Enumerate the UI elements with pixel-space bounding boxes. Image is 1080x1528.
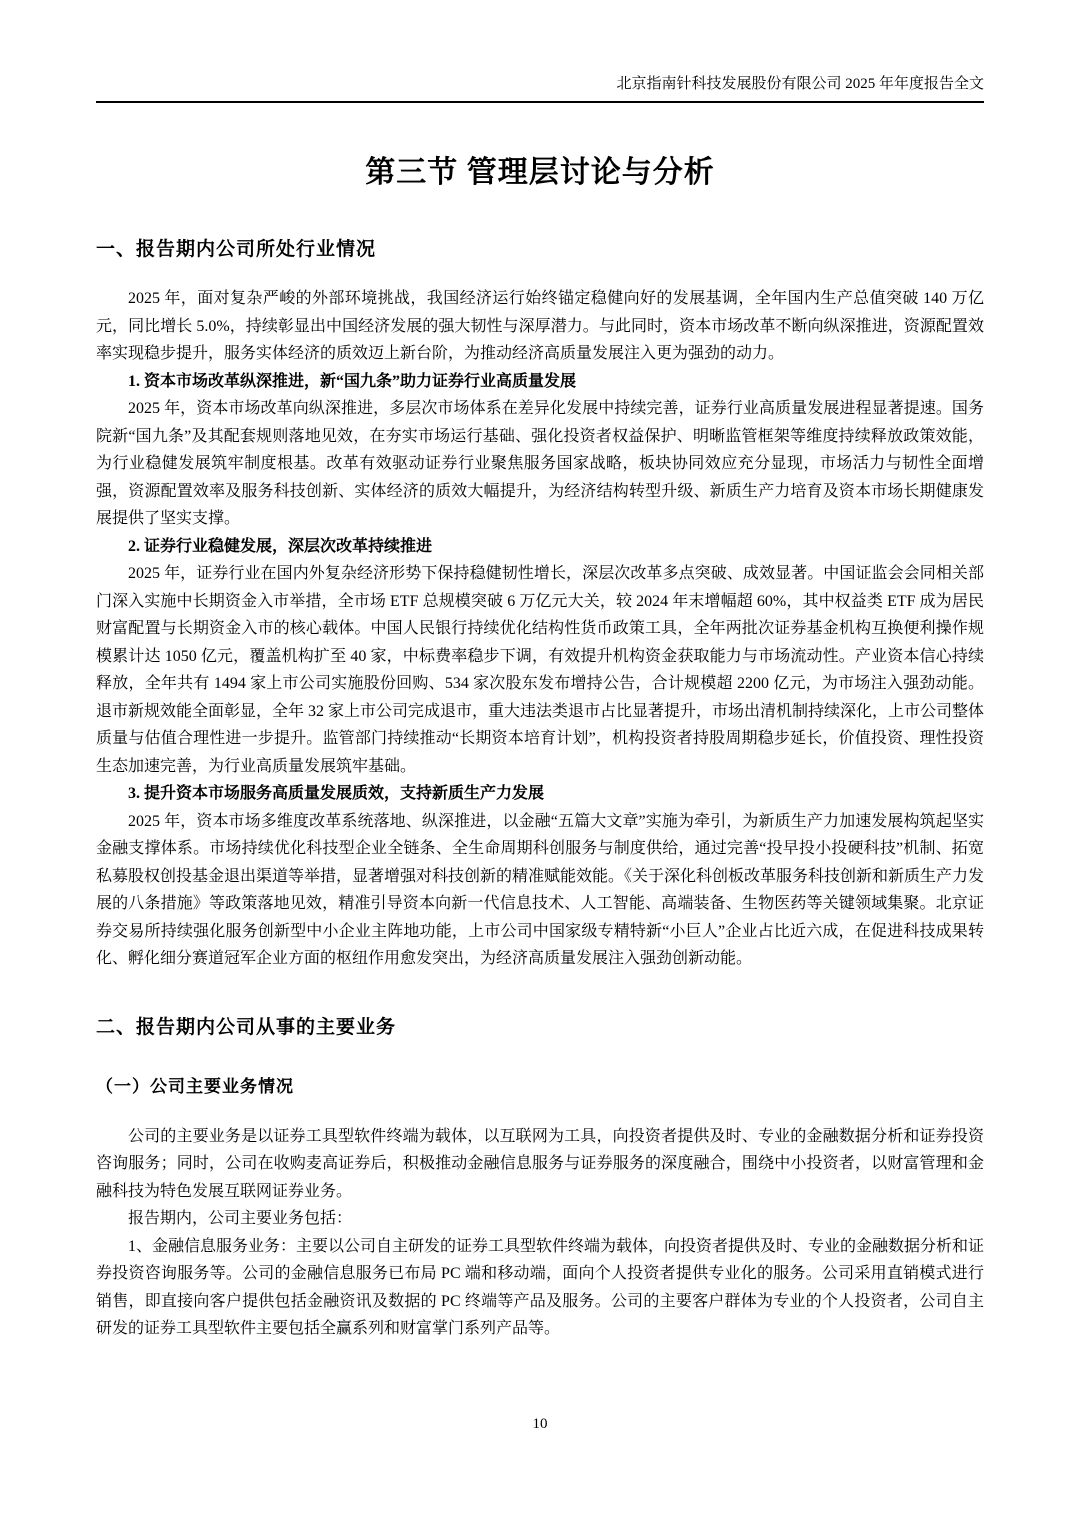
- header-title: 北京指南针科技发展股份有限公司 2025 年年度报告全文: [96, 0, 984, 94]
- section-1-heading: 一、报告期内公司所处行业情况: [96, 237, 984, 263]
- page-number: 10: [0, 1414, 1080, 1434]
- section-1-paragraph-1: 2025 年，面对复杂严峻的外部环境挑战，我国经济运行始终锚定稳健向好的发展基调…: [96, 285, 984, 368]
- section-2-subsection-heading: （一）公司主要业务情况: [96, 1075, 984, 1099]
- section-2-heading: 二、报告期内公司从事的主要业务: [96, 1015, 984, 1041]
- section-1-paragraph-3: 2025 年，证券行业在国内外复杂经济形势下保持稳健韧性增长，深层次改革多点突破…: [96, 560, 984, 780]
- page-header: 北京指南针科技发展股份有限公司 2025 年年度报告全文: [96, 0, 984, 103]
- section-1-paragraph-2: 2025 年，资本市场改革向纵深推进，多层次市场体系在差异化发展中持续完善，证券…: [96, 395, 984, 533]
- report-page: 北京指南针科技发展股份有限公司 2025 年年度报告全文 第三节 管理层讨论与分…: [0, 0, 1080, 1528]
- section-2-paragraph-3: 1、金融信息服务业务：主要以公司自主研发的证券工具型软件终端为载体，向投资者提供…: [96, 1233, 984, 1343]
- section-1-subheading-1: 1. 资本市场改革纵深推进，新“国九条”助力证券行业高质量发展: [96, 368, 984, 396]
- section-1-subheading-2: 2. 证券行业稳健发展，深层次改革持续推进: [96, 533, 984, 561]
- section-2-paragraph-1: 公司的主要业务是以证券工具型软件终端为载体，以互联网为工具，向投资者提供及时、专…: [96, 1123, 984, 1206]
- header-divider: [96, 101, 984, 103]
- section-2-paragraph-2: 报告期内，公司主要业务包括：: [96, 1205, 984, 1233]
- section-1-paragraph-4: 2025 年，资本市场多维度改革系统落地、纵深推进，以金融“五篇大文章”实施为牵…: [96, 808, 984, 973]
- chapter-title: 第三节 管理层讨论与分析: [96, 153, 984, 193]
- section-1-subheading-3: 3. 提升资本市场服务高质量发展质效，支持新质生产力发展: [96, 780, 984, 808]
